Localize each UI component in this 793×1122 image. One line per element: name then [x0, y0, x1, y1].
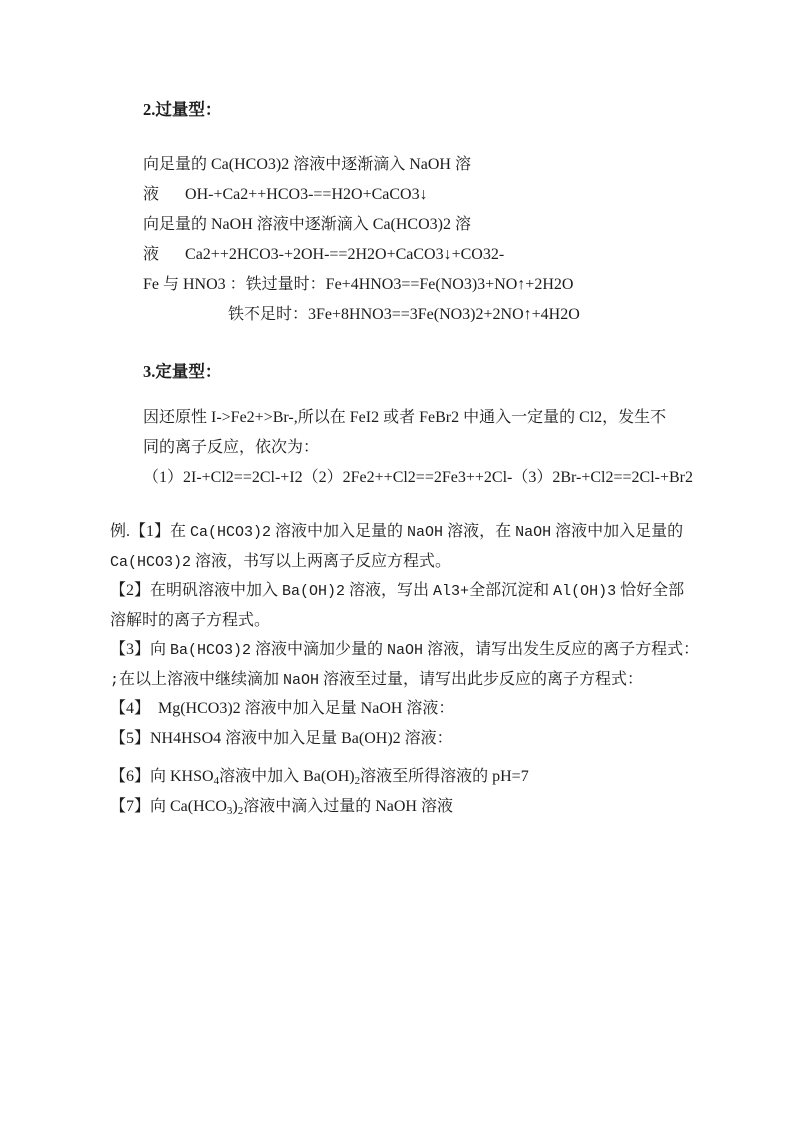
body-text: 溶液，写出 — [345, 582, 433, 599]
formula-text: Ca(HCO3)2 — [190, 524, 271, 541]
paragraph-quantitative-type: 因还原性 I->Fe2+>Br-,所以在 FeI2 或者 FeBr2 中通入一定… — [143, 403, 693, 493]
text-line: 【6】向 KHSO4溶液中加入 Ba(OH)2溶液至所得溶液的 pH=7 — [110, 762, 699, 792]
body-text: 向足量的 Ca(HCO3)2 溶液中逐渐滴入 NaOH 溶 — [143, 156, 471, 173]
text-line: Fe 与 HNO3 ：铁过量时：Fe+4HNO3==Fe(NO3)3+NO↑+2… — [143, 270, 580, 300]
body-text: 液 — [143, 186, 159, 203]
formula-text: NaOH — [407, 524, 443, 541]
text-line: 例.【1】在 Ca(HCO3)2 溶液中加入足量的 NaOH 溶液，在 NaOH… — [110, 517, 699, 547]
body-text: 例.【1】在 — [110, 523, 190, 540]
body-text: 溶液至所得溶液的 pH=7 — [360, 768, 529, 785]
body-text: 因还原性 I->Fe2+>Br-,所以在 FeI2 或者 FeBr2 中通入一定… — [143, 409, 666, 426]
formula-text: Al(OH)3 — [553, 583, 616, 600]
text-line: 溶解时的离子方程式。 — [110, 606, 699, 636]
formula-text: ; — [110, 672, 119, 689]
body-text: Ca2++2HCO3-+2OH-==2H2O+CaCO3↓+CO32- — [185, 246, 504, 263]
body-text: 溶液，书写以上两离子反应方程式。 — [191, 553, 451, 570]
text-line: 【4】 Mg(HCO3)2 溶液中加入足量 NaOH 溶液： — [110, 694, 699, 724]
text-line: 【5】NH4HSO4 溶液中加入足量 Ba(OH)2 溶液： — [110, 724, 699, 754]
formula-text: Ba(HCO3)2 — [170, 642, 251, 659]
text-line: 液OH-+Ca2++HCO3-==H2O+CaCO3↓ — [143, 180, 580, 210]
body-text: 铁不足时：3Fe+8HNO3==3Fe(NO3)2+2NO↑+4H2O — [228, 306, 580, 323]
body-text: 向足量的 NaOH 溶液中逐渐滴入 Ca(HCO3)2 溶 — [143, 216, 471, 233]
text-line: ;在以上溶液中继续滴加 NaOH 溶液至过量，请写出此步反应的离子方程式： — [110, 665, 699, 695]
body-text: 【3】向 — [110, 641, 170, 658]
body-text: 溶液中滴加少量的 — [251, 641, 387, 658]
text-line: （1）2I-+Cl2==2Cl-+I2（2）2Fe2++Cl2==2Fe3++2… — [143, 463, 693, 493]
body-text: 【2】在明矾溶液中加入 — [110, 582, 282, 599]
text-line: Ca(HCO3)2 溶液，书写以上两离子反应方程式。 — [110, 547, 699, 577]
formula-text: NaOH — [387, 642, 423, 659]
text-line: 铁不足时：3Fe+8HNO3==3Fe(NO3)2+2NO↑+4H2O — [143, 300, 580, 330]
body-text: 全部沉淀和 — [469, 582, 553, 599]
formula-text: NaOH — [515, 524, 551, 541]
text-line: 向足量的 Ca(HCO3)2 溶液中逐渐滴入 NaOH 溶 — [143, 150, 580, 180]
body-text: 溶液中加入足量的 — [271, 523, 407, 540]
body-text: 溶液至过量，请写出此步反应的离子方程式： — [319, 671, 643, 688]
paragraph-excess-type: 向足量的 Ca(HCO3)2 溶液中逐渐滴入 NaOH 溶液OH-+Ca2++H… — [143, 150, 580, 330]
text-line: 同的离子反应，依次为： — [143, 433, 693, 463]
paragraph-examples: 例.【1】在 Ca(HCO3)2 溶液中加入足量的 NaOH 溶液，在 NaOH… — [110, 517, 699, 821]
text-line: 液Ca2++2HCO3-+2OH-==2H2O+CaCO3↓+CO32- — [143, 240, 580, 270]
body-text: 溶液，在 — [443, 523, 515, 540]
body-text: 溶液中加入 Ba(OH) — [219, 768, 355, 785]
text-line: 【2】在明矾溶液中加入 Ba(OH)2 溶液，写出 Al3+全部沉淀和 Al(O… — [110, 576, 699, 606]
formula-text: Ba(OH)2 — [282, 583, 345, 600]
body-text: 【4】 Mg(HCO3)2 溶液中加入足量 NaOH 溶液： — [110, 700, 454, 717]
document-page: 2.过量型： 向足量的 Ca(HCO3)2 溶液中逐渐滴入 NaOH 溶液OH-… — [0, 0, 793, 1122]
body-text: OH-+Ca2++HCO3-==H2O+CaCO3↓ — [185, 186, 428, 203]
text-line: 因还原性 I->Fe2+>Br-,所以在 FeI2 或者 FeBr2 中通入一定… — [143, 403, 693, 433]
text-line: 【7】向 Ca(HCO3)2溶液中滴入过量的 NaOH 溶液 — [110, 792, 699, 822]
body-text: 溶液，请写出发生反应的离子方程式： — [423, 641, 699, 658]
body-text: 恰好全部 — [616, 582, 684, 599]
body-text: 溶解时的离子方程式。 — [110, 612, 270, 629]
text-line: 【3】向 Ba(HCO3)2 溶液中滴加少量的 NaOH 溶液，请写出发生反应的… — [110, 635, 699, 665]
body-text: 【5】NH4HSO4 溶液中加入足量 Ba(OH)2 溶液： — [110, 730, 453, 747]
body-text: 溶液中滴入过量的 NaOH 溶液 — [243, 798, 453, 815]
body-text: 在以上溶液中继续滴加 — [119, 671, 283, 688]
body-text: 【6】向 KHSO — [110, 768, 214, 785]
body-text: 同的离子反应，依次为： — [143, 439, 319, 456]
formula-text: Al3+ — [433, 583, 469, 600]
body-text: 【7】向 Ca(HCO — [110, 798, 227, 815]
text-line: 向足量的 NaOH 溶液中逐渐滴入 Ca(HCO3)2 溶 — [143, 210, 580, 240]
section-heading-quantitative-type: 3.定量型： — [143, 358, 221, 382]
body-text: 溶液中加入足量的 — [551, 523, 683, 540]
body-text: （1）2I-+Cl2==2Cl-+I2（2）2Fe2++Cl2==2Fe3++2… — [143, 469, 693, 486]
section-heading-excess-type: 2.过量型： — [143, 96, 221, 120]
formula-text: NaOH — [283, 672, 319, 689]
body-text: Fe 与 HNO3 ：铁过量时：Fe+4HNO3==Fe(NO3)3+NO↑+2… — [143, 276, 573, 293]
body-text: 液 — [143, 246, 159, 263]
formula-text: Ca(HCO3)2 — [110, 554, 191, 571]
